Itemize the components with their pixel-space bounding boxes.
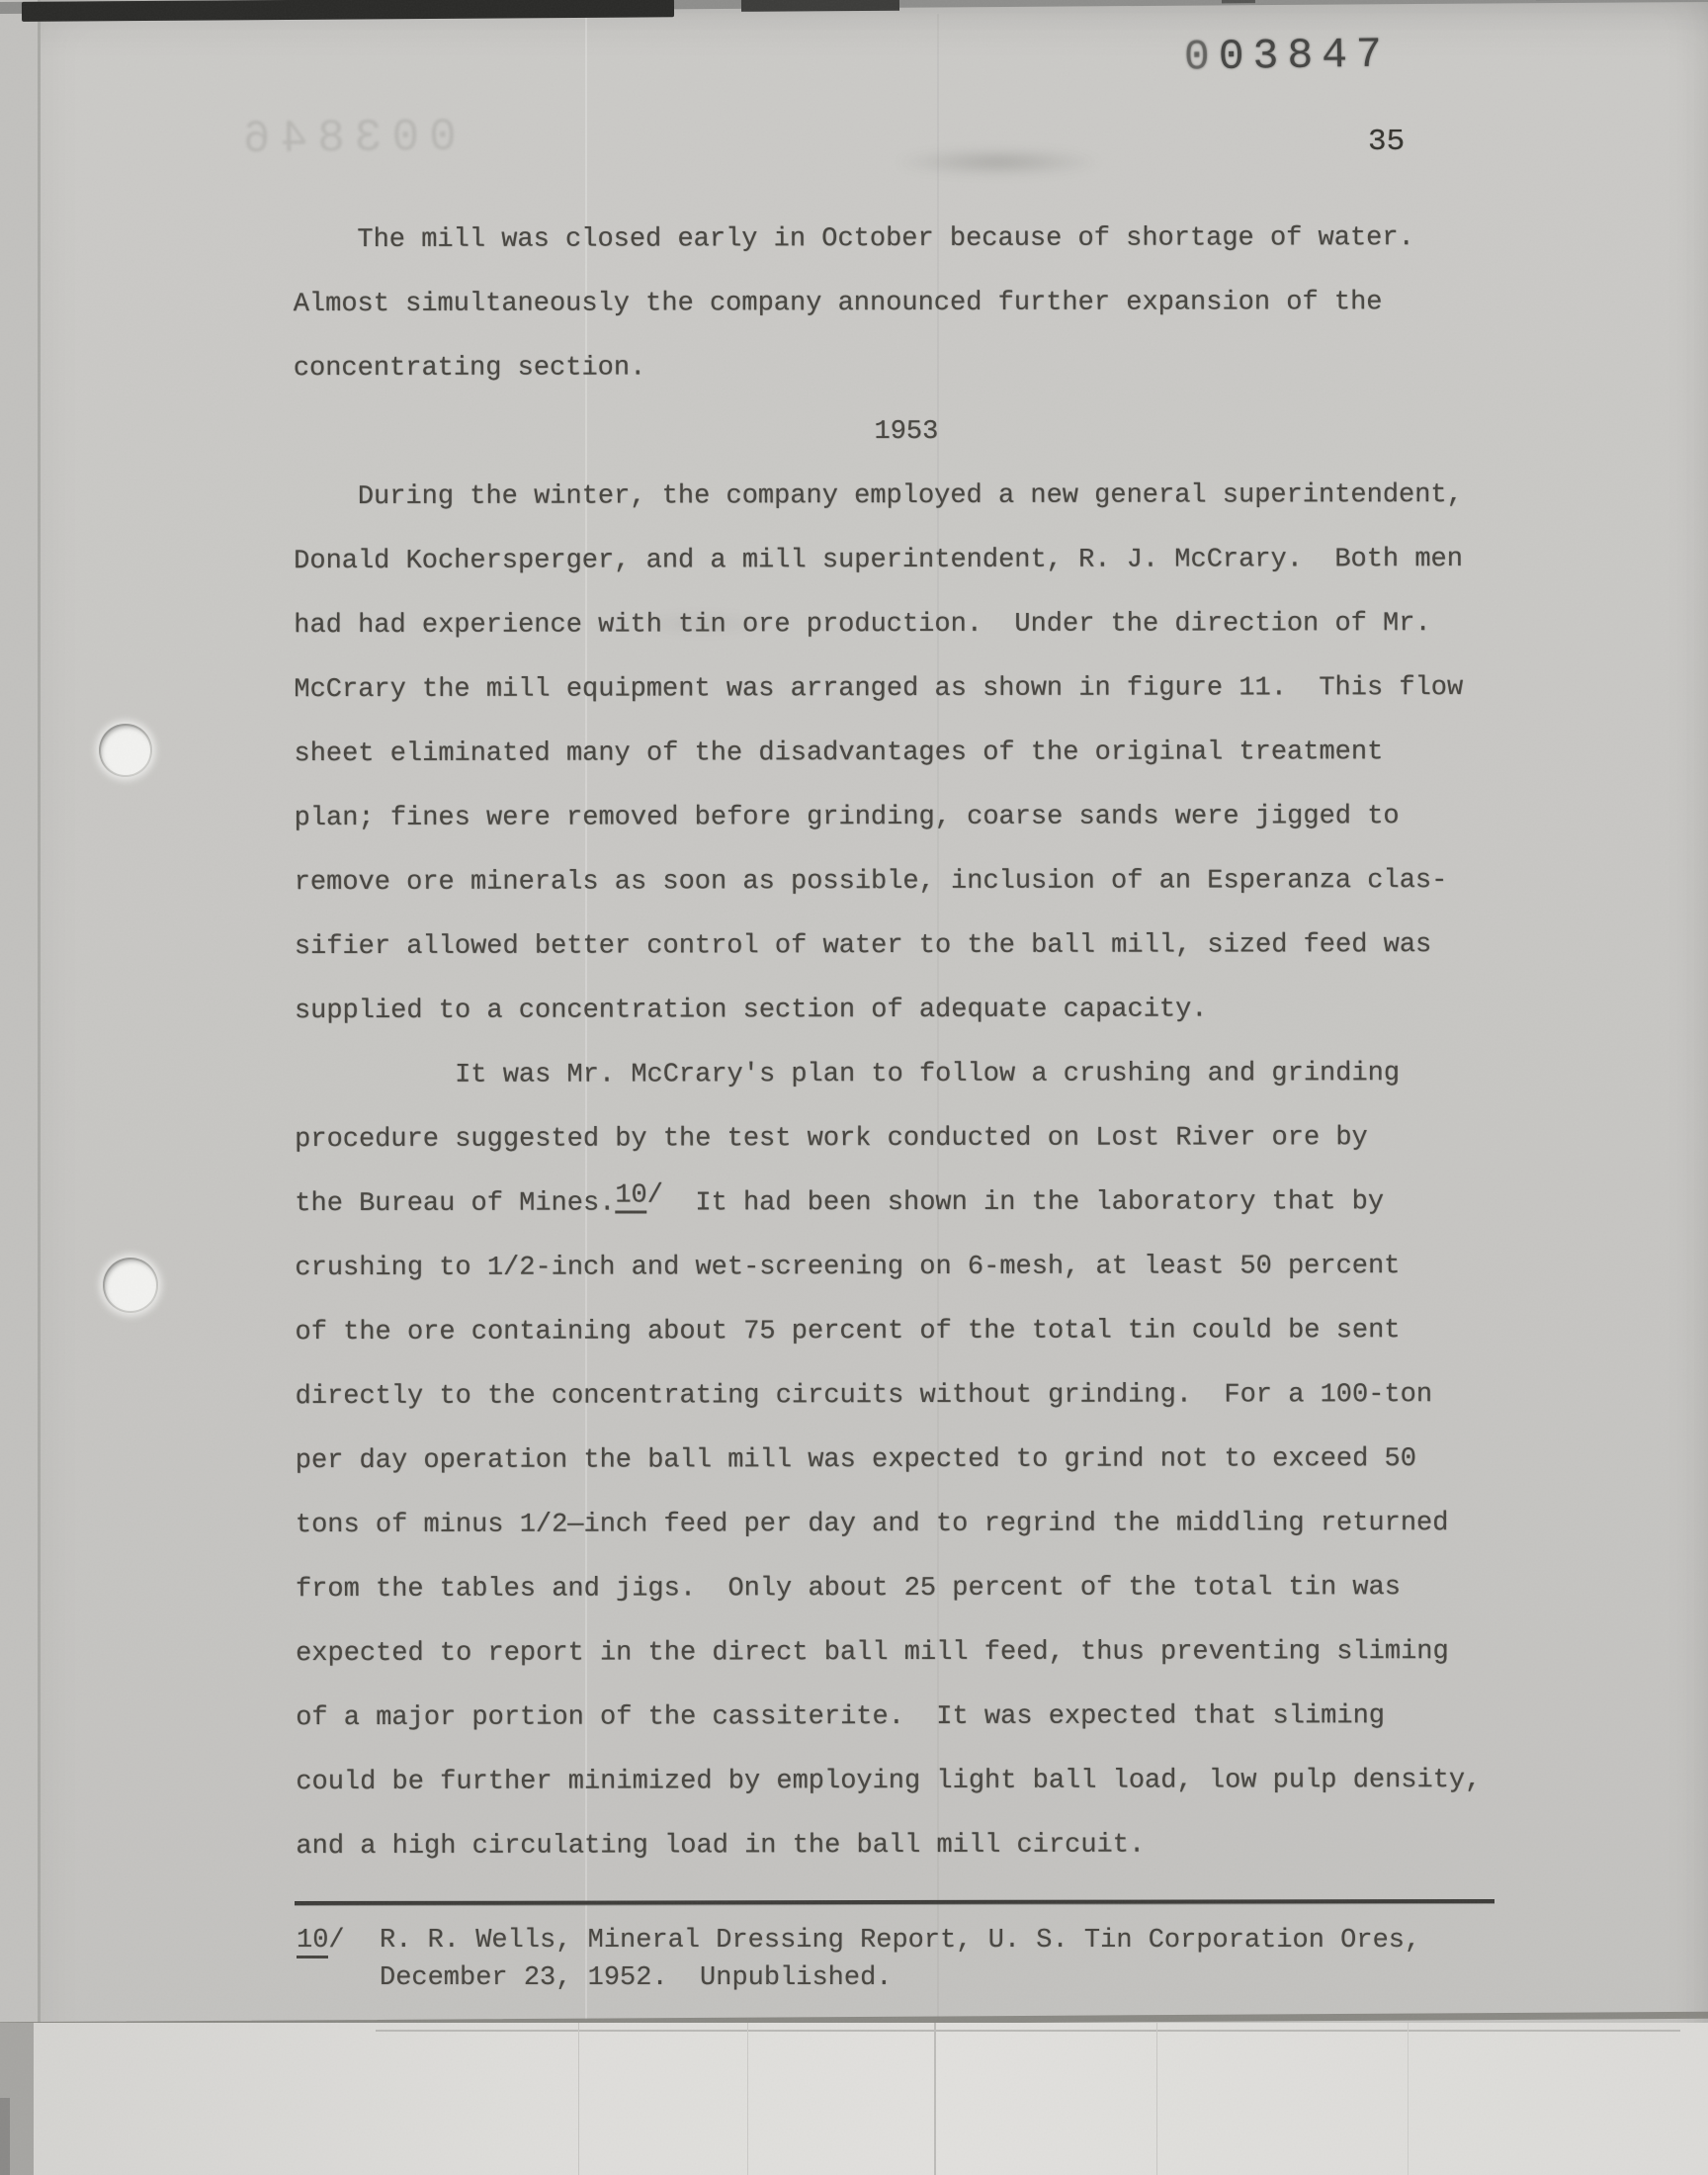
body-line-with-footnote-ref: the Bureau of Mines.10/ It had been show… (295, 1171, 1520, 1237)
body-line: of the ore containing about 75 percent o… (295, 1299, 1520, 1365)
scanner-left-edge (0, 0, 41, 2029)
body-line: crushing to 1/2-inch and wet-screening o… (295, 1235, 1520, 1301)
scan-edge-dark-segment (22, 0, 674, 22)
footnote-marker: 10/ (297, 1926, 345, 1956)
body-line: It was Mr. McCrary's plan to follow a cr… (295, 1042, 1520, 1108)
scanned-document-page: { "colors":{ "paper":"#c8c7c4", "ink":"#… (0, 0, 1708, 2175)
body-line: of a major portion of the cassiterite. I… (296, 1685, 1521, 1751)
body-line: directly to the concentrating circuits w… (296, 1363, 1521, 1430)
scan-artifact-line (934, 2023, 936, 2175)
text-column: The mill was closed early in October bec… (294, 207, 1522, 1879)
body-line: procedure suggested by the test work con… (295, 1106, 1520, 1173)
body-line: Donald Kochersperger, and a mill superin… (294, 528, 1519, 594)
scan-edge-mark (1222, 0, 1255, 3)
body-line: expected to report in the direct ball mi… (296, 1620, 1521, 1687)
scan-artifact-line (578, 2023, 579, 2175)
body-line: tons of minus 1/2—inch feed per day and … (296, 1492, 1521, 1558)
scan-artifact-line (1408, 2023, 1409, 2175)
body-line: Almost simultaneously the company announ… (294, 271, 1519, 337)
body-line: concentrating section. (294, 335, 1519, 401)
body-line: The mill was closed early in October bec… (294, 207, 1519, 273)
body-line: from the tables and jigs. Only about 25 … (296, 1556, 1521, 1622)
footnote-marker-number: 10 (297, 1926, 328, 1958)
body-line: sheet eliminated many of the disadvantag… (294, 721, 1519, 787)
body-line: McCrary the mill equipment was arranged … (294, 656, 1519, 723)
ghost-stamp-bleedthrough: 003846 (233, 112, 457, 165)
punch-hole (99, 724, 152, 777)
body-line: sifier allowed better control of water t… (295, 913, 1520, 980)
document-number-stamp: 003847 (1184, 31, 1392, 82)
scan-edge-dark-segment (741, 0, 899, 12)
body-text: the Bureau of Mines. (295, 1189, 615, 1220)
scanner-bottom-band (0, 2023, 1708, 2175)
scan-artifact-line (376, 2030, 1680, 2032)
footnote-ref-slash: / (647, 1180, 663, 1210)
footnote-ref-number: 10 (615, 1180, 646, 1213)
footnote-ref-10: 10/ (615, 1164, 663, 1228)
footnote-text-line: December 23, 1952. Unpublished. (380, 1963, 892, 1993)
scan-artifact-line (747, 2023, 748, 2175)
body-line: per day operation the ball mill was expe… (296, 1428, 1521, 1494)
body-text: It had been shown in the laboratory that… (663, 1187, 1384, 1218)
footnote-marker-slash: / (328, 1926, 344, 1956)
page-number: 35 (1368, 125, 1405, 159)
body-line: plan; fines were removed before grinding… (295, 785, 1520, 851)
punch-hole (103, 1258, 158, 1313)
body-line: supplied to a concentration section of a… (295, 978, 1520, 1044)
body-line: remove ore minerals as soon as possible,… (295, 849, 1520, 915)
body-line: had had experience with tin ore producti… (294, 592, 1519, 658)
body-line: could be further minimized by employing … (296, 1749, 1521, 1815)
bottom-left-corner-shadow (0, 2098, 10, 2175)
scan-artifact-line (1156, 2023, 1157, 2175)
body-line: and a high circulating load in the ball … (296, 1813, 1521, 1879)
body-line: During the winter, the company employed … (294, 464, 1519, 530)
ink-smudge (895, 148, 1102, 176)
section-heading-1953: 1953 (294, 399, 1519, 466)
footnote-text-line: R. R. Wells, Mineral Dressing Report, U.… (380, 1926, 1420, 1956)
